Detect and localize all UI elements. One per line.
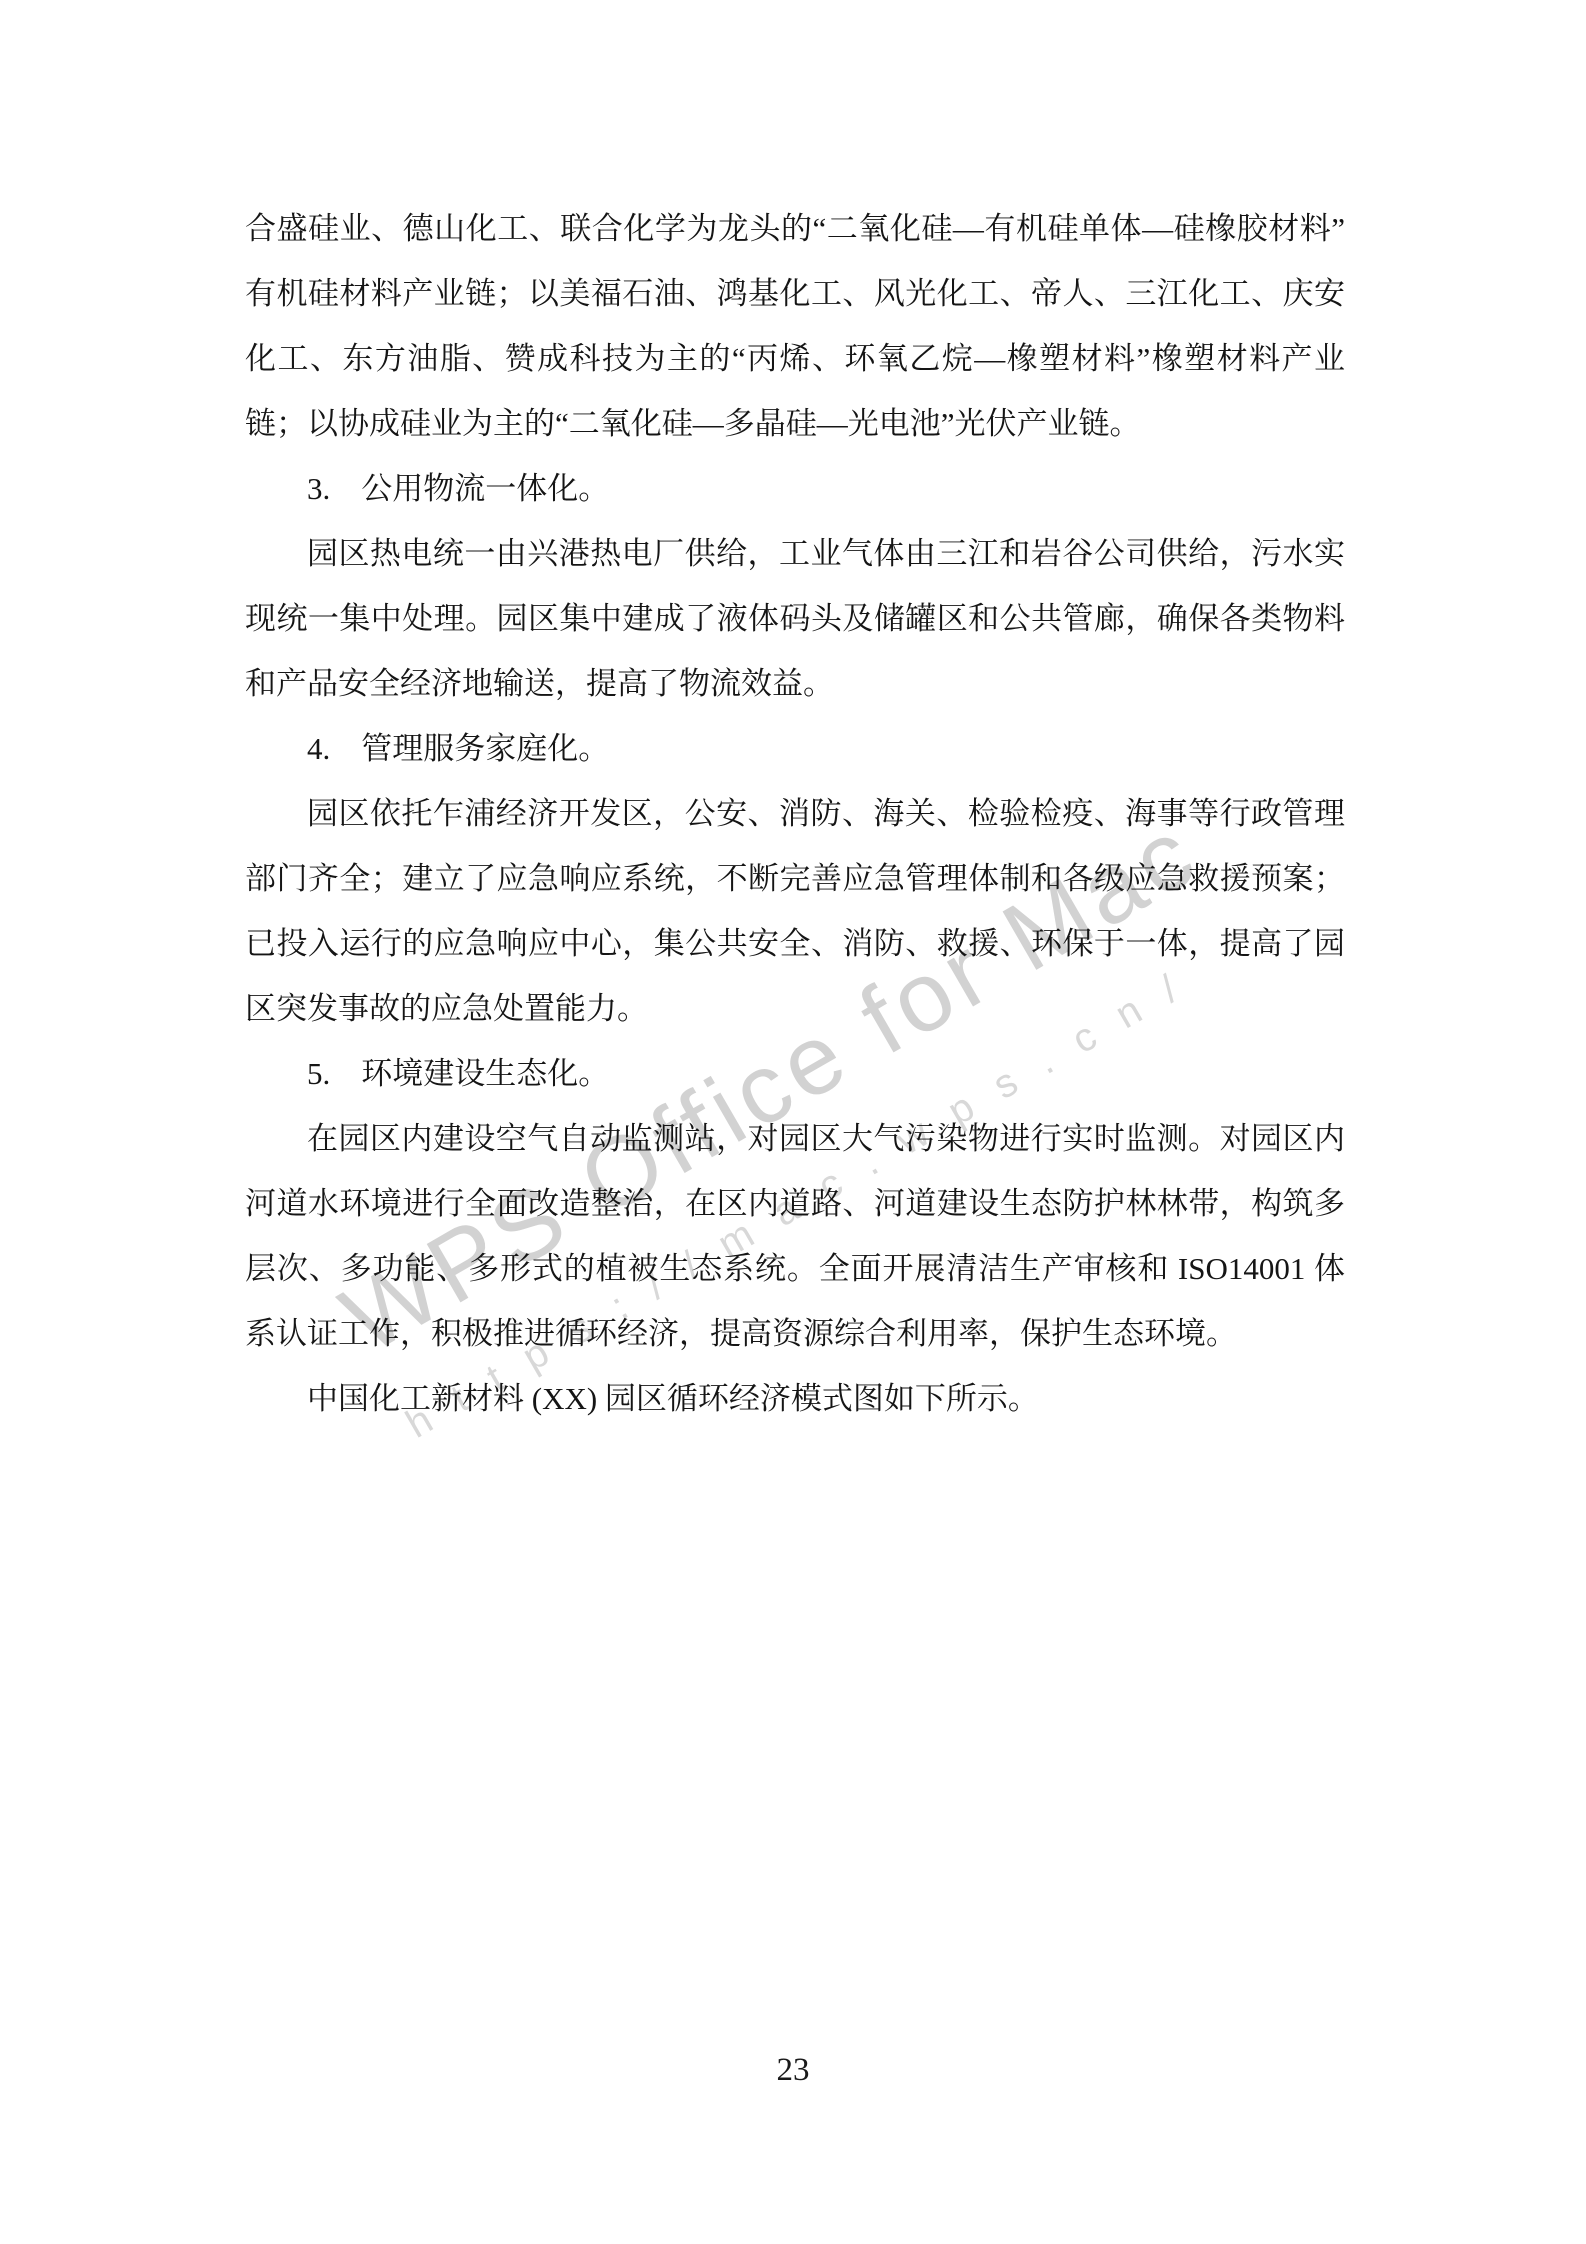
text-line: 3. 公用物流一体化。: [245, 456, 1345, 521]
text-line: 部门齐全；建立了应急响应系统，不断完善应急管理体制和各级应急救援预案；: [245, 846, 1345, 911]
page-number: 23: [0, 2048, 1586, 2093]
text-line: 中国化工新材料 (XX) 园区循环经济模式图如下所示。: [245, 1366, 1345, 1431]
text-line: 化工、东方油脂、赞成科技为主的“丙烯、环氧乙烷—橡塑材料”橡塑材料产业: [245, 326, 1345, 391]
text-line: 和产品安全经济地输送，提高了物流效益。: [245, 651, 1345, 716]
text-line: 层次、多功能、多形式的植被生态系统。全面开展清洁生产审核和 ISO14001 体: [245, 1236, 1345, 1301]
text-line: 现统一集中处理。园区集中建成了液体码头及储罐区和公共管廊，确保各类物料: [245, 586, 1345, 651]
text-line: 区突发事故的应急处置能力。: [245, 976, 1345, 1041]
text-line: 园区热电统一由兴港热电厂供给，工业气体由三江和岩谷公司供给，污水实: [245, 521, 1345, 586]
text-line: 园区依托乍浦经济开发区，公安、消防、海关、检验检疫、海事等行政管理: [245, 781, 1345, 846]
text-line: 已投入运行的应急响应中心，集公共安全、消防、救援、环保于一体，提高了园: [245, 911, 1345, 976]
text-line: 合盛硅业、德山化工、联合化学为龙头的“二氧化硅—有机硅单体—硅橡胶材料”: [245, 196, 1345, 261]
document-page: WPS Office for Mac https://mac.wps.cn/ 合…: [0, 0, 1586, 2244]
text-line: 有机硅材料产业链；以美福石油、鸿基化工、风光化工、帝人、三江化工、庆安: [245, 261, 1345, 326]
text-line: 在园区内建设空气自动监测站，对园区大气污染物进行实时监测。对园区内: [245, 1106, 1345, 1171]
text-block: 合盛硅业、德山化工、联合化学为龙头的“二氧化硅—有机硅单体—硅橡胶材料”有机硅材…: [245, 196, 1345, 1431]
text-line: 河道水环境进行全面改造整治，在区内道路、河道建设生态防护林林带，构筑多: [245, 1171, 1345, 1236]
text-line: 4. 管理服务家庭化。: [245, 716, 1345, 781]
text-line: 链；以协成硅业为主的“二氧化硅—多晶硅—光电池”光伏产业链。: [245, 391, 1345, 456]
text-line: 系认证工作，积极推进循环经济，提高资源综合利用率，保护生态环境。: [245, 1301, 1345, 1366]
text-line: 5. 环境建设生态化。: [245, 1041, 1345, 1106]
